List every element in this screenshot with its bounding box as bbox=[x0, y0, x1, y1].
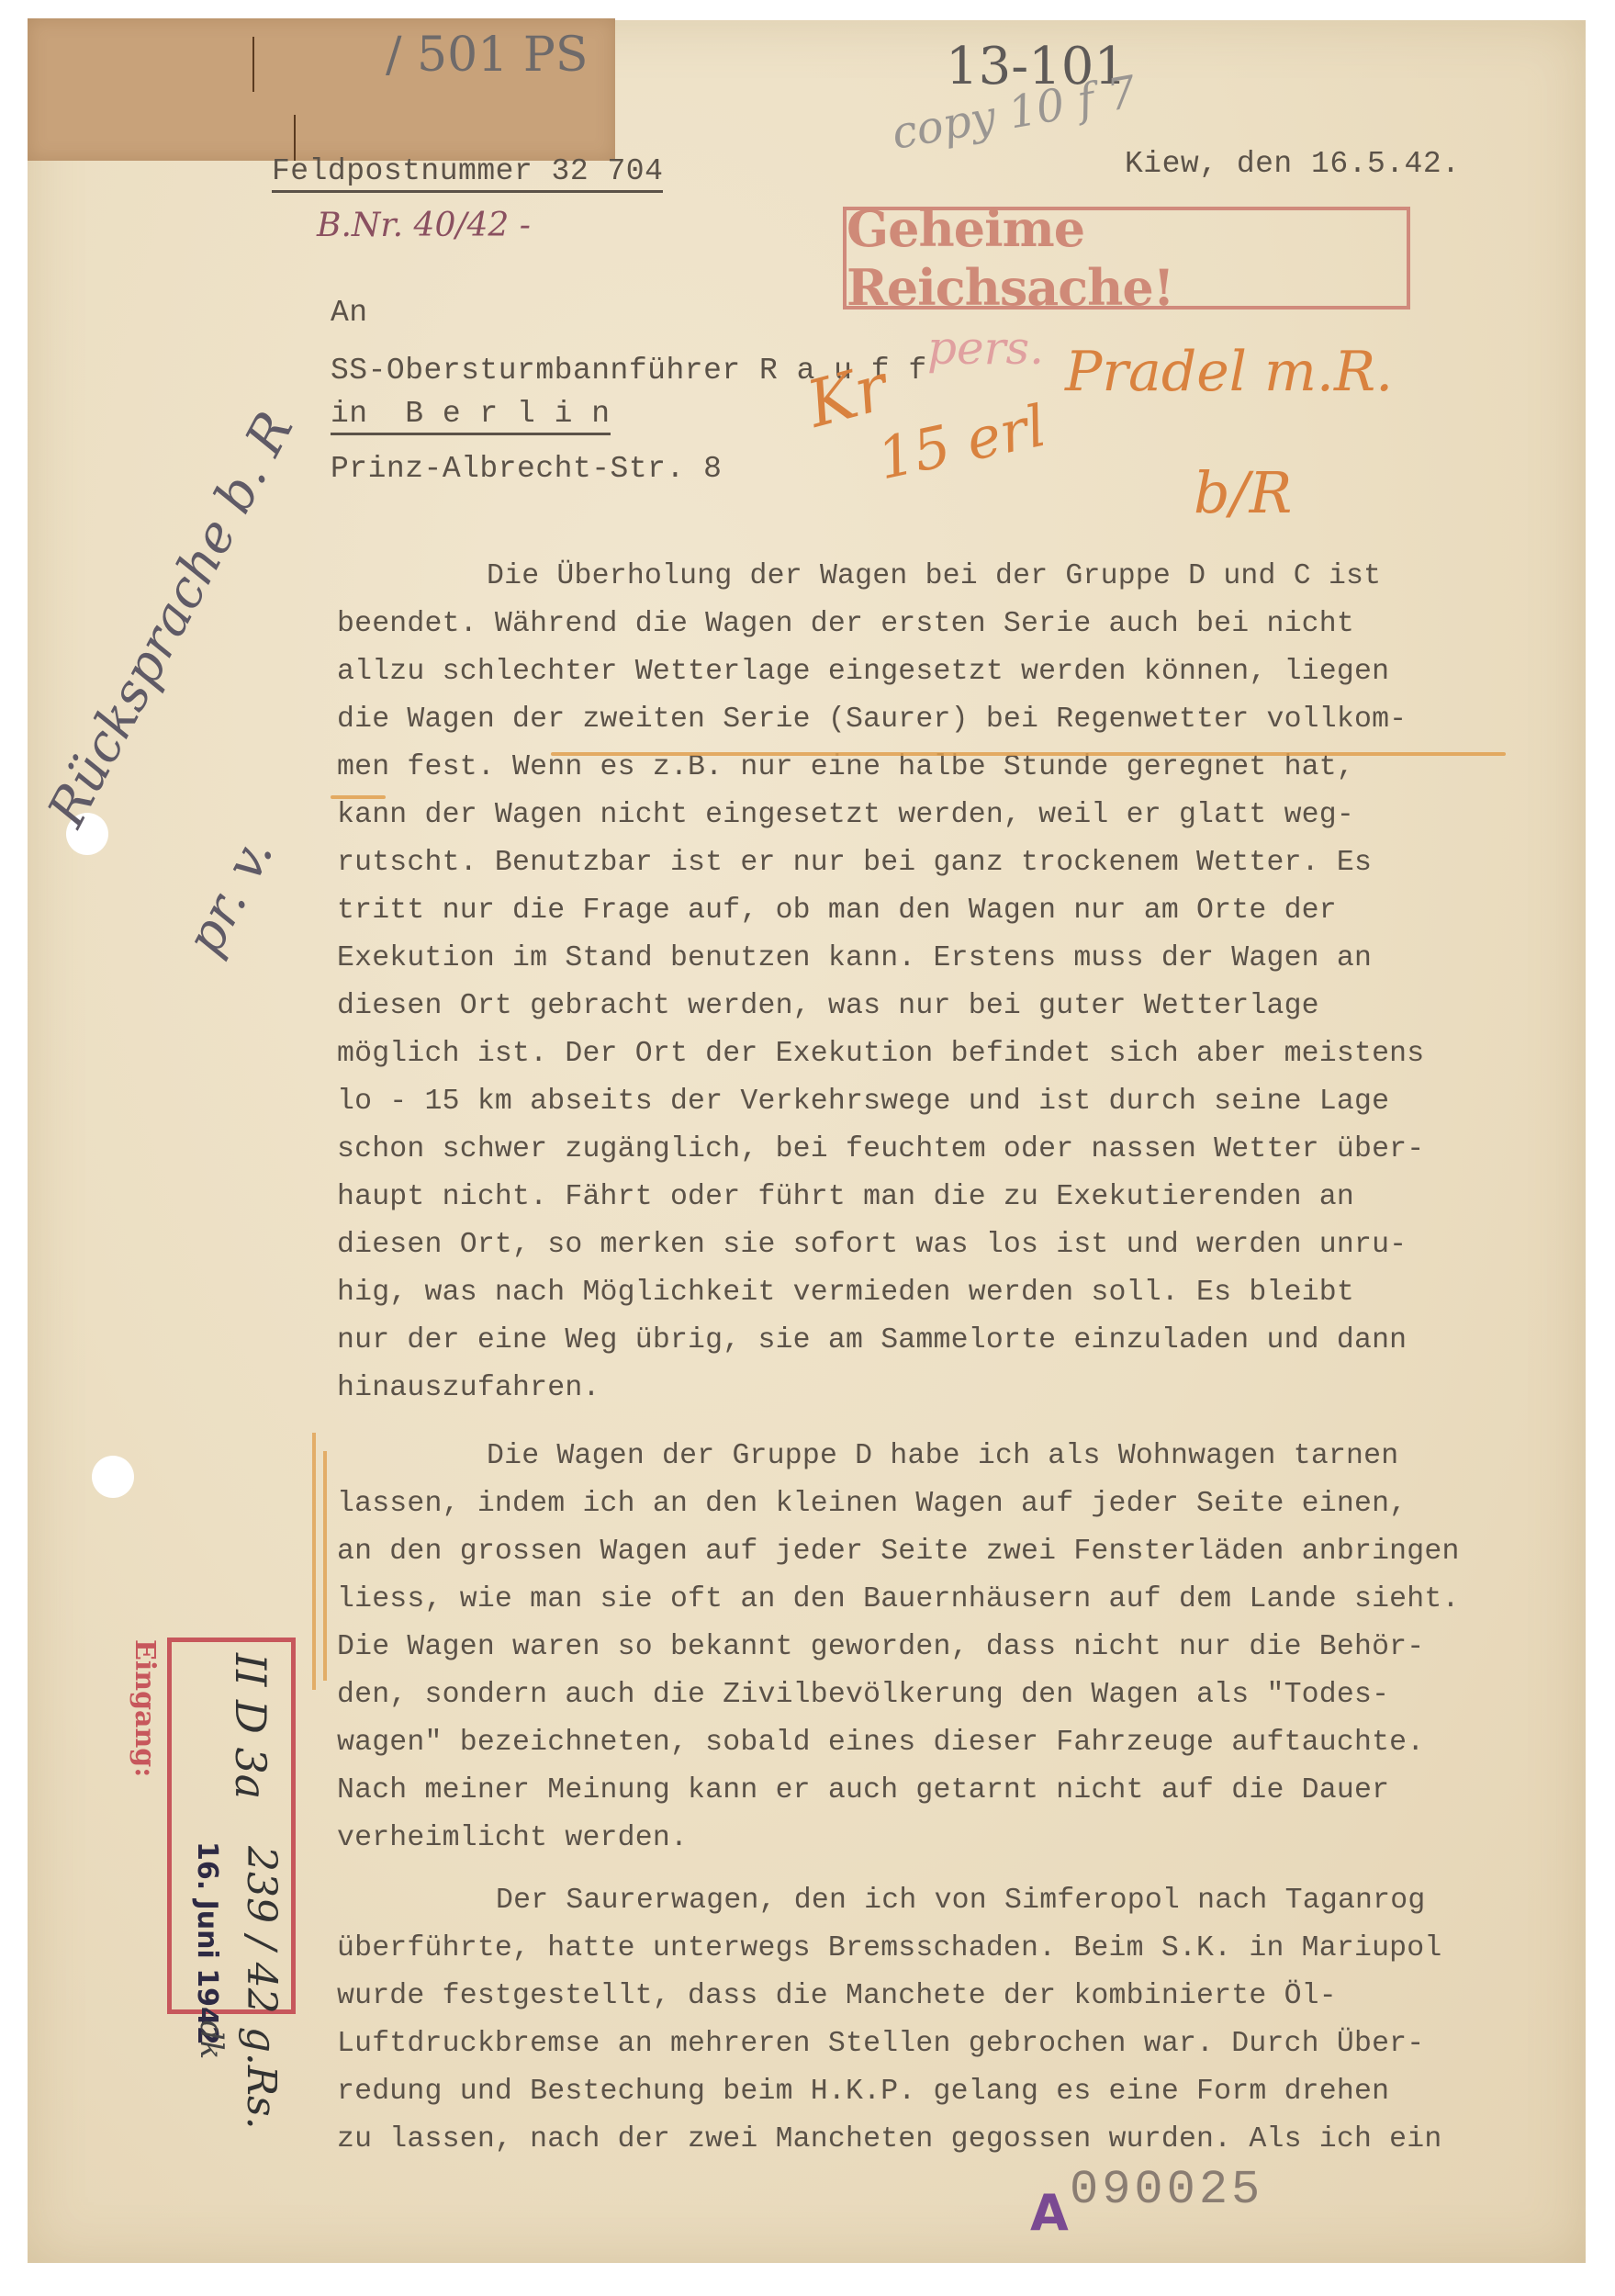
pencil-document-number: / 501 PS bbox=[386, 28, 588, 83]
orange-underline bbox=[331, 795, 386, 799]
body-line: wurde festgestellt, dass die Manchete de… bbox=[337, 1980, 1337, 2012]
body-line: hig, was nach Möglichkeit vermieden werd… bbox=[337, 1277, 1354, 1309]
body-line: die Wagen der zweiten Serie (Saurer) bei… bbox=[337, 703, 1407, 736]
body-line: beendet. Während die Wagen der ersten Se… bbox=[337, 608, 1354, 640]
body-line: diesen Ort gebracht werden, was nur bei … bbox=[337, 990, 1319, 1022]
body-line: allzu schlechter Wetterlage eingesetzt w… bbox=[337, 656, 1389, 688]
body-line: lassen, indem ich an den kleinen Wagen a… bbox=[337, 1488, 1407, 1520]
body-line: Die Wagen waren so bekannt geworden, das… bbox=[337, 1631, 1424, 1663]
body-line: wagen" bezeichneten, sobald eines dieser… bbox=[337, 1727, 1424, 1759]
entry-date: 16. Juni 1942 bbox=[191, 1841, 223, 2045]
body-line: liess, wie man sie oft an den Bauernhäus… bbox=[337, 1583, 1460, 1615]
red-note-pradel: Pradel m.R. bbox=[1065, 340, 1393, 404]
punch-hole bbox=[92, 1456, 134, 1498]
red-note-pers: pers. bbox=[927, 321, 1044, 375]
body-line: diesen Ort, so merken sie sofort was los… bbox=[337, 1229, 1407, 1261]
body-line: Die Wagen der Gruppe D habe ich als Wohn… bbox=[487, 1440, 1398, 1472]
orange-margin-line bbox=[312, 1433, 316, 1690]
entry-stamp-label: Eingang: bbox=[129, 1639, 161, 1777]
body-line: rutscht. Benutzbar ist er nur bei ganz t… bbox=[337, 847, 1372, 879]
body-line: hinauszufahren. bbox=[337, 1372, 600, 1404]
place-date: Kiew, den 16.5.42. bbox=[1125, 147, 1460, 181]
red-note-br: b/R bbox=[1194, 459, 1292, 526]
addressee-street: Prinz-Albrecht-Str. 8 bbox=[331, 452, 722, 486]
body-line: Exekution im Stand benutzen kann. Ersten… bbox=[337, 942, 1372, 974]
body-line: möglich ist. Der Ort der Exekution befin… bbox=[337, 1038, 1424, 1070]
body-line: tritt nur die Frage auf, ob man den Wage… bbox=[337, 895, 1337, 927]
body-line: lo - 15 km abseits der Verkehrswege und … bbox=[337, 1086, 1389, 1118]
stamp-text: Geheime Reichsache! bbox=[847, 199, 1407, 317]
body-line: schon schwer zugänglich, bei feuchtem od… bbox=[337, 1133, 1424, 1165]
body-line: men fest. Wenn es z.B. nur eine halbe St… bbox=[337, 751, 1354, 783]
body-line: zu lassen, nach der zwei Mancheten gegos… bbox=[337, 2123, 1442, 2155]
body-line: an den grossen Wagen auf jeder Seite zwe… bbox=[337, 1536, 1460, 1568]
addressee-city: in B e r l i n bbox=[331, 397, 611, 435]
secret-classification-stamp: Geheime Reichsache! bbox=[843, 207, 1410, 310]
archive-letter-stamp: A bbox=[1030, 2184, 1069, 2242]
entry-initials: dk bbox=[193, 2020, 230, 2059]
body-line: Der Saurerwagen, den ich von Simferopol … bbox=[496, 1885, 1425, 1917]
salutation: An bbox=[331, 296, 368, 330]
tape-mark bbox=[252, 37, 254, 92]
archive-number-stamp: 090025 bbox=[1070, 2163, 1263, 2217]
body-line: Luftdruckbremse an mehreren Stellen gebr… bbox=[337, 2028, 1424, 2060]
body-line: redung und Bestechung beim H.K.P. gelang… bbox=[337, 2076, 1389, 2108]
entry-handwritten-code: II D 3a bbox=[226, 1653, 275, 1799]
entry-number: 239 / 42 g.Rs. bbox=[238, 1846, 285, 2130]
body-line: haupt nicht. Fährt oder führt man die zu… bbox=[337, 1181, 1354, 1213]
body-line: überführte, hatte unterwegs Bremsschaden… bbox=[337, 1932, 1442, 1964]
body-line: Die Überholung der Wagen bei der Gruppe … bbox=[487, 560, 1381, 592]
body-line: verheimlicht werden. bbox=[337, 1822, 688, 1854]
orange-underline bbox=[551, 752, 1506, 756]
body-line: nur der eine Weg übrig, sie am Sammelort… bbox=[337, 1324, 1407, 1356]
feldpost-number: Feldpostnummer 32 704 bbox=[272, 154, 663, 193]
orange-margin-line bbox=[323, 1451, 327, 1681]
reference-number: B.Nr. 40/42 - bbox=[317, 207, 531, 244]
body-line: Nach meiner Meinung kann er auch getarnt… bbox=[337, 1774, 1389, 1806]
body-line: den, sondern auch die Zivilbevölkerung d… bbox=[337, 1679, 1389, 1711]
body-line: kann der Wagen nicht eingesetzt werden, … bbox=[337, 799, 1354, 831]
